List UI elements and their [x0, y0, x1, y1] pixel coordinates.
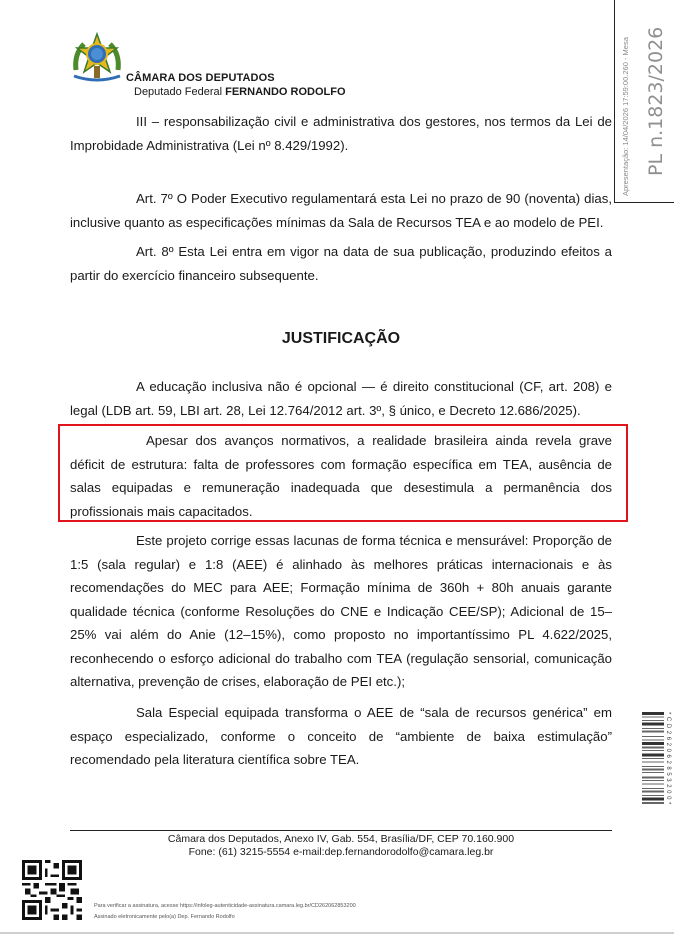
justification-paragraph: Este projeto corrige essas lacunas de fo…: [70, 529, 612, 694]
footer-address: Câmara dos Deputados, Anexo IV, Gab. 554…: [70, 833, 612, 845]
coat-of-arms-icon: [70, 30, 124, 84]
justification-paragraph: A educação inclusiva não é opcional — é …: [70, 375, 612, 422]
justification-title: JUSTIFICAÇÃO: [70, 330, 612, 348]
deputy-prefix: Deputado Federal: [134, 86, 222, 98]
deputy-line: Deputado Federal FERNANDO RODOLFO: [134, 86, 346, 98]
footer-contact: Fone: (61) 3215-5554 e-mail:dep.fernando…: [70, 846, 612, 858]
signature-verification-link[interactable]: Para verificar a assinatura, acesse http…: [94, 903, 356, 909]
article-7: Art. 7º O Poder Executivo regulamentará …: [70, 187, 612, 234]
institution-name: CÂMARA DOS DEPUTADOS: [126, 72, 275, 84]
barcode-icon: [642, 712, 664, 850]
article-item-iii: III – responsabilização civil e administ…: [70, 110, 612, 157]
article-8: Art. 8º Esta Lei entra em vigor na data …: [70, 240, 612, 287]
deputy-name: FERNANDO RODOLFO: [225, 86, 345, 98]
signature-notice: Assinado eletronicamente pelo(a) Dep. Fe…: [94, 914, 235, 920]
footer-divider: [70, 830, 612, 831]
protocol-stamp: Apresentação: 14/04/2026 17:59:00.260 - …: [614, 0, 674, 203]
justification-paragraph: Sala Especial equipada transforma o AEE …: [70, 701, 612, 772]
barcode-text: *CD262062853200*: [665, 712, 673, 850]
qr-code-icon[interactable]: [22, 860, 82, 920]
presentation-timestamp: Apresentação: 14/04/2026 17:59:00.260 - …: [621, 0, 630, 196]
justification-paragraph-highlighted: Apesar dos avanços normativos, a realida…: [70, 429, 612, 523]
bill-number: PL n.1823/2026: [645, 27, 667, 176]
